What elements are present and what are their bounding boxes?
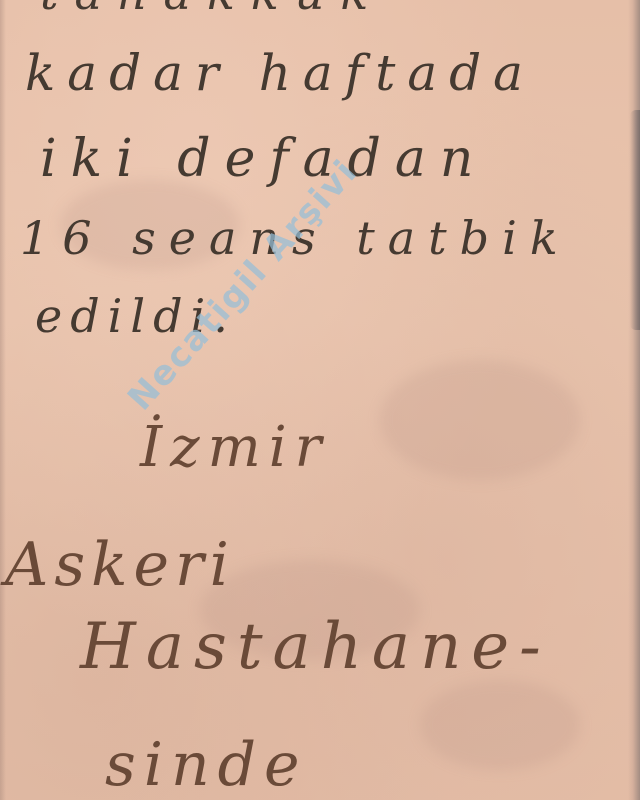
handwritten-line-izmir: İzmir <box>140 420 329 476</box>
paper-stain <box>380 360 580 480</box>
handwritten-line-hastahane: Hastahane- <box>80 615 551 679</box>
aged-paper-document: tahakkuk kadar haftada iki defadan 16 se… <box>0 0 640 800</box>
paper-right-edge-shadow <box>630 110 640 330</box>
handwritten-line-cropped-top: tahakkuk <box>40 0 384 16</box>
handwritten-line-askeri: Askeri <box>5 535 235 595</box>
handwritten-line-16-seans-tatbik: 16 seans tatbik <box>20 215 571 261</box>
handwritten-line-iki-defadan: iki defadan <box>40 133 487 185</box>
paper-stain <box>420 680 580 770</box>
paper-left-edge <box>0 0 6 800</box>
handwritten-line-kadar-haftada: kadar haftada <box>25 48 535 98</box>
handwritten-line-edildi: edildi. <box>35 293 236 339</box>
handwritten-line-sinde: sinde <box>105 735 308 795</box>
